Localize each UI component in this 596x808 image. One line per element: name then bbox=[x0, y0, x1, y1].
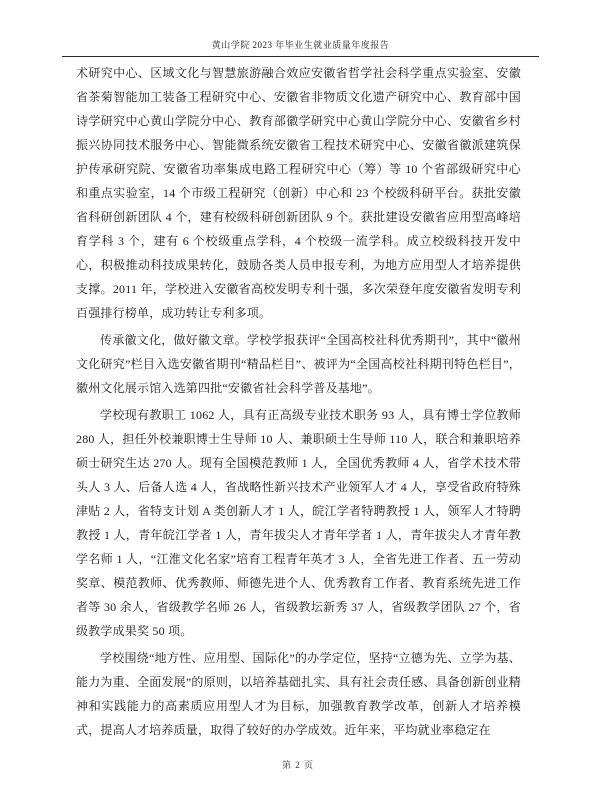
document-body: 术研究中心、区域文化与智慧旅游融合效应安徽省哲学社会科学重点实验室、安徽省茶菊智… bbox=[76, 61, 521, 745]
paragraph: 学校现有教职工 1062 人，具有正高级专业技术职务 93 人，具有博士学位教师… bbox=[76, 403, 521, 643]
paragraph: 学校围绕“地方性、应用型、国际化”的办学定位，坚持“立德为先、立学为基、能力为重… bbox=[76, 646, 521, 742]
page-number-footer: 第 2 页 bbox=[0, 758, 596, 771]
paragraph: 术研究中心、区域文化与智慧旅游融合效应安徽省哲学社会科学重点实验室、安徽省茶菊智… bbox=[76, 61, 521, 325]
document-page: 黄山学院 2023 年毕业生就业质量年度报告 术研究中心、区域文化与智慧旅游融合… bbox=[0, 0, 596, 808]
page-header-title: 黄山学院 2023 年毕业生就业质量年度报告 bbox=[62, 38, 539, 57]
paragraph: 传承徽文化，做好徽文章。学校学报获评“全国高校社科优秀期刊”，其中“徽州文化研究… bbox=[76, 328, 521, 400]
